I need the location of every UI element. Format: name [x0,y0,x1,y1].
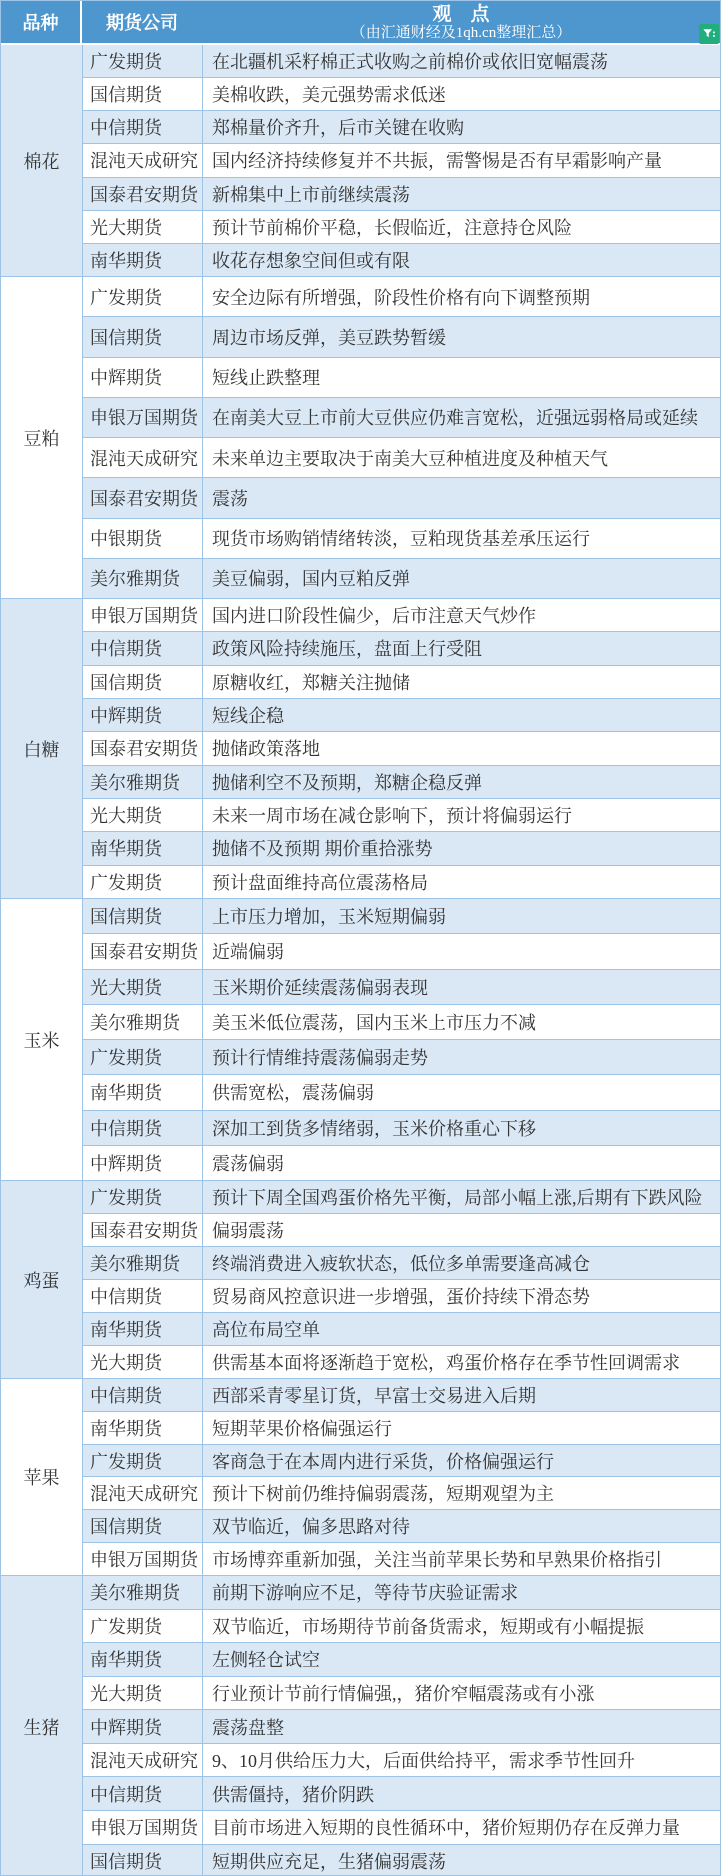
section-rows: 中信期货西部采青零星订货，早富士交易进入后期南华期货短期苹果价格偏强运行广发期货… [83,1379,720,1575]
table-row: 南华期货短期苹果价格偏强运行 [83,1412,720,1445]
table-row: 光大期货未来一周市场在减仓影响下，预计将偏弱运行 [83,799,720,832]
table-row: 光大期货预计节前棉价平稳，长假临近，注意持仓风险 [83,211,720,244]
company-cell: 国泰君安期货 [83,934,203,968]
view-cell: 抛储利空不及预期，郑糖企稳反弹 [203,766,720,798]
table-row: 申银万国期货在南美大豆上市前大豆供应仍难言宽松，近强远弱格局或延续 [83,398,720,438]
variety-cell: 生猪 [1,1576,83,1876]
header-company-label: 期货公司 [106,9,178,35]
table-row: 美尔雅期货终端消费进入疲软状态，低位多单需要逢高减仓 [83,1247,720,1280]
view-cell: 贸易商风控意识进一步增强，蛋价持续下滑态势 [203,1280,720,1312]
table-row: 广发期货预计下周全国鸡蛋价格先平衡，局部小幅上涨,后期有下跌风险 [83,1181,720,1214]
commodity-section: 苹果中信期货西部采青零星订货，早富士交易进入后期南华期货短期苹果价格偏强运行广发… [1,1379,720,1576]
view-cell: 短期供应充足，生猪偏弱震荡 [203,1845,720,1876]
header-view-label: 观 点 [432,4,489,25]
company-cell: 美尔雅期货 [83,1247,203,1279]
variety-cell: 玉米 [1,899,83,1180]
company-cell: 广发期货 [83,1610,203,1643]
view-cell: 上市压力增加，玉米短期偏弱 [203,899,720,933]
section-rows: 广发期货预计下周全国鸡蛋价格先平衡，局部小幅上涨,后期有下跌风险国泰君安期货偏弱… [83,1181,720,1378]
view-cell: 高位布局空单 [203,1313,720,1345]
company-cell: 美尔雅期货 [83,1576,203,1609]
view-cell: 供需基本面将逐渐趋于宽松，鸡蛋价格存在季节性回调需求 [203,1346,720,1378]
view-cell: 偏弱震荡 [203,1214,720,1246]
view-cell: 目前市场进入短期的良性循环中，猪价短期仍存在反弹力量 [203,1811,720,1844]
company-cell: 国泰君安期货 [83,1214,203,1246]
company-cell: 中辉期货 [83,699,203,731]
company-cell: 申银万国期货 [83,398,203,437]
company-cell: 南华期货 [83,244,203,276]
view-cell: 预计盘面维持高位震荡格局 [203,866,720,898]
commodity-section: 生猪美尔雅期货前期下游响应不足，等待节庆验证需求广发期货双节临近，市场期待节前备… [1,1576,720,1876]
commodity-section: 棉花广发期货在北疆机采籽棉正式收购之前棉价或依旧宽幅震荡国信期货美棉收跌，美元强… [1,45,720,277]
table-row: 光大期货行业预计节前行情偏强,，猪价窄幅震荡或有小涨 [83,1677,720,1711]
table-row: 国信期货双节临近，偏多思路对待 [83,1510,720,1543]
commodity-section: 豆粕广发期货安全边际有所增强，阶段性价格有向下调整预期国信期货周边市场反弹，美豆… [1,277,720,599]
table-row: 中信期货贸易商风控意识进一步增强，蛋价持续下滑态势 [83,1280,720,1313]
company-cell: 中辉期货 [83,1710,203,1743]
table-row: 中辉期货短线止跌整理 [83,358,720,398]
view-cell: 震荡 [203,478,720,517]
table-row: 混沌天成研究预计下树前仍维持偏弱震荡，短期观望为主 [83,1477,720,1510]
view-cell: 抛储不及预期 期价重拾涨势 [203,832,720,864]
view-cell: 新棉集中上市前继续震荡 [203,178,720,210]
view-cell: 双节临近，市场期待节前备货需求，短期或有小幅提振 [203,1610,720,1643]
table-row: 国信期货上市压力增加，玉米短期偏弱 [83,899,720,934]
view-cell: 收花存想象空间但或有限 [203,244,720,276]
company-cell: 国信期货 [83,1845,203,1876]
company-cell: 广发期货 [83,1181,203,1213]
view-cell: 行业预计节前行情偏强,，猪价窄幅震荡或有小涨 [203,1677,720,1710]
table-row: 国信期货短期供应充足，生猪偏弱震荡 [83,1845,720,1876]
header-variety: 品种 [1,1,82,43]
company-cell: 中辉期货 [83,1146,203,1180]
view-cell: 抛储政策落地 [203,732,720,764]
table-row: 光大期货玉米期价延续震荡偏弱表现 [83,970,720,1005]
table-row: 美尔雅期货美豆偏弱，国内豆粕反弹 [83,559,720,598]
view-cell: 短线企稳 [203,699,720,731]
company-cell: 申银万国期货 [83,1811,203,1844]
table-row: 广发期货预计行情维持震荡偏弱走势 [83,1040,720,1075]
view-cell: 短期苹果价格偏强运行 [203,1412,720,1444]
view-cell: 供需僵持，猪价阴跌 [203,1777,720,1810]
table-row: 国信期货美棉收跌，美元强势需求低迷 [83,78,720,111]
company-cell: 光大期货 [83,211,203,243]
variety-cell: 豆粕 [1,277,83,598]
company-cell: 光大期货 [83,799,203,831]
view-cell: 政策风险持续施压，盘面上行受阻 [203,632,720,664]
view-cell: 美豆偏弱，国内豆粕反弹 [203,559,720,598]
view-cell: 客商急于在本周内进行采货，价格偏强运行 [203,1445,720,1477]
table-row: 国泰君安期货新棉集中上市前继续震荡 [83,178,720,211]
commodity-section: 白糖申银万国期货国内进口阶段性偏少，后市注意天气炒作中信期货政策风险持续施压，盘… [1,599,720,899]
table-row: 广发期货预计盘面维持高位震荡格局 [83,866,720,898]
table-row: 申银万国期货市场博弈重新加强，关注当前苹果长势和早熟果价格指引 [83,1543,720,1575]
view-cell: 前期下游响应不足，等待节庆验证需求 [203,1576,720,1609]
table-row: 光大期货供需基本面将逐渐趋于宽松，鸡蛋价格存在季节性回调需求 [83,1346,720,1378]
table-row: 南华期货收花存想象空间但或有限 [83,244,720,276]
table-row: 南华期货抛储不及预期 期价重拾涨势 [83,832,720,865]
company-cell: 美尔雅期货 [83,766,203,798]
variety-cell: 棉花 [1,45,83,276]
company-cell: 中信期货 [83,111,203,143]
view-cell: 美玉米低位震荡，国内玉米上市压力不减 [203,1005,720,1039]
table-row: 国泰君安期货偏弱震荡 [83,1214,720,1247]
header-variety-label: 品种 [23,9,59,35]
table-body: 棉花广发期货在北疆机采籽棉正式收购之前棉价或依旧宽幅震荡国信期货美棉收跌，美元强… [1,45,720,1876]
company-cell: 美尔雅期货 [83,559,203,598]
view-cell: 周边市场反弹，美豆跌势暂缓 [203,317,720,356]
company-cell: 混沌天成研究 [83,1477,203,1509]
view-cell: 安全边际有所增强，阶段性价格有向下调整预期 [203,277,720,316]
section-rows: 广发期货在北疆机采籽棉正式收购之前棉价或依旧宽幅震荡国信期货美棉收跌，美元强势需… [83,45,720,276]
table-row: 美尔雅期货前期下游响应不足，等待节庆验证需求 [83,1576,720,1610]
table-row: 中信期货郑棉量价齐升，后市关键在收购 [83,111,720,144]
table-row: 申银万国期货目前市场进入短期的良性循环中，猪价短期仍存在反弹力量 [83,1811,720,1845]
view-cell: 预计行情维持震荡偏弱走势 [203,1040,720,1074]
view-cell: 市场博弈重新加强，关注当前苹果长势和早熟果价格指引 [203,1543,720,1575]
company-cell: 混沌天成研究 [83,144,203,176]
table-row: 中辉期货短线企稳 [83,699,720,732]
company-cell: 混沌天成研究 [83,1744,203,1777]
view-cell: 终端消费进入疲软状态，低位多单需要逢高减仓 [203,1247,720,1279]
section-rows: 美尔雅期货前期下游响应不足，等待节庆验证需求广发期货双节临近，市场期待节前备货需… [83,1576,720,1876]
company-cell: 光大期货 [83,970,203,1004]
view-cell: 预计下树前仍维持偏弱震荡，短期观望为主 [203,1477,720,1509]
view-cell: 震荡盘整 [203,1710,720,1743]
view-cell: 美棉收跌，美元强势需求低迷 [203,78,720,110]
company-cell: 中信期货 [83,632,203,664]
table-row: 国信期货周边市场反弹，美豆跌势暂缓 [83,317,720,357]
table-row: 美尔雅期货美玉米低位震荡，国内玉米上市压力不减 [83,1005,720,1040]
table-row: 中银期货现货市场购销情绪转淡，豆粕现货基差承压运行 [83,519,720,559]
header-company: 期货公司 [82,1,202,43]
view-cell: 在北疆机采籽棉正式收购之前棉价或依旧宽幅震荡 [203,45,720,77]
table-row: 广发期货客商急于在本周内进行采货，价格偏强运行 [83,1445,720,1478]
view-cell: 郑棉量价齐升，后市关键在收购 [203,111,720,143]
company-cell: 南华期货 [83,1643,203,1676]
table-row: 美尔雅期货抛储利空不及预期，郑糖企稳反弹 [83,766,720,799]
table-row: 国泰君安期货震荡 [83,478,720,518]
section-rows: 申银万国期货国内进口阶段性偏少，后市注意天气炒作中信期货政策风险持续施压，盘面上… [83,599,720,898]
view-cell: 原糖收红，郑糖关注抛储 [203,666,720,698]
company-cell: 国泰君安期货 [83,732,203,764]
company-cell: 中信期货 [83,1379,203,1411]
company-cell: 中辉期货 [83,358,203,397]
company-cell: 申银万国期货 [83,599,203,631]
company-cell: 混沌天成研究 [83,438,203,477]
table-row: 南华期货供需宽松，震荡偏弱 [83,1075,720,1110]
company-cell: 国信期货 [83,1510,203,1542]
header-view-subtitle: （由汇通财经及1qh.cn整理汇总） [351,25,571,42]
table-header: 品种 期货公司 观 点 （由汇通财经及1qh.cn整理汇总） [1,1,720,45]
company-cell: 中信期货 [83,1111,203,1145]
section-rows: 广发期货安全边际有所增强，阶段性价格有向下调整预期国信期货周边市场反弹，美豆跌势… [83,277,720,598]
view-cell: 西部采青零星订货，早富士交易进入后期 [203,1379,720,1411]
header-view: 观 点 （由汇通财经及1qh.cn整理汇总） [202,1,720,43]
company-cell: 广发期货 [83,277,203,316]
commodity-section: 玉米国信期货上市压力增加，玉米短期偏弱国泰君安期货近端偏弱光大期货玉米期价延续震… [1,899,720,1181]
view-cell: 双节临近，偏多思路对待 [203,1510,720,1542]
company-cell: 光大期货 [83,1346,203,1378]
company-cell: 中信期货 [83,1280,203,1312]
table-row: 中信期货供需僵持，猪价阴跌 [83,1777,720,1811]
view-cell: 震荡偏弱 [203,1146,720,1180]
view-cell: 预计下周全国鸡蛋价格先平衡，局部小幅上涨,后期有下跌风险 [203,1181,720,1213]
table-row: 南华期货高位布局空单 [83,1313,720,1346]
futures-opinions-table: 品种 期货公司 观 点 （由汇通财经及1qh.cn整理汇总） 棉花广发期货在北疆… [0,0,721,1876]
company-cell: 广发期货 [83,866,203,898]
table-row: 广发期货安全边际有所增强，阶段性价格有向下调整预期 [83,277,720,317]
table-row: 中信期货政策风险持续施压，盘面上行受阻 [83,632,720,665]
table-row: 广发期货在北疆机采籽棉正式收购之前棉价或依旧宽幅震荡 [83,45,720,78]
view-cell: 国内经济持续修复并不共振，需警惕是否有早霜影响产量 [203,144,720,176]
company-cell: 广发期货 [83,45,203,77]
table-row: 申银万国期货国内进口阶段性偏少，后市注意天气炒作 [83,599,720,632]
view-cell: 未来单边主要取决于南美大豆种植进度及种植天气 [203,438,720,477]
table-row: 混沌天成研究国内经济持续修复并不共振，需警惕是否有早霜影响产量 [83,144,720,177]
company-cell: 国信期货 [83,899,203,933]
table-row: 国泰君安期货抛储政策落地 [83,732,720,765]
section-rows: 国信期货上市压力增加，玉米短期偏弱国泰君安期货近端偏弱光大期货玉米期价延续震荡偏… [83,899,720,1180]
view-cell: 国内进口阶段性偏少，后市注意天气炒作 [203,599,720,631]
variety-cell: 白糖 [1,599,83,898]
table-row: 中辉期货震荡偏弱 [83,1146,720,1180]
view-cell: 短线止跌整理 [203,358,720,397]
variety-cell: 鸡蛋 [1,1181,83,1378]
variety-cell: 苹果 [1,1379,83,1575]
company-cell: 国信期货 [83,317,203,356]
company-cell: 南华期货 [83,832,203,864]
table-row: 混沌天成研究未来单边主要取决于南美大豆种植进度及种植天气 [83,438,720,478]
view-cell: 预计节前棉价平稳，长假临近，注意持仓风险 [203,211,720,243]
table-row: 混沌天成研究9、10月供给压力大，后面供给持平，需求季节性回升 [83,1744,720,1778]
company-cell: 中银期货 [83,519,203,558]
company-cell: 广发期货 [83,1040,203,1074]
company-cell: 国信期货 [83,78,203,110]
view-cell: 玉米期价延续震荡偏弱表现 [203,970,720,1004]
company-cell: 南华期货 [83,1313,203,1345]
table-row: 国信期货原糖收红，郑糖关注抛储 [83,666,720,699]
table-row: 中信期货深加工到货多情绪弱，玉米价格重心下移 [83,1111,720,1146]
table-row: 中信期货西部采青零星订货，早富士交易进入后期 [83,1379,720,1412]
table-row: 广发期货双节临近，市场期待节前备货需求，短期或有小幅提振 [83,1610,720,1644]
view-cell: 未来一周市场在减仓影响下，预计将偏弱运行 [203,799,720,831]
filter-funnel-icon[interactable] [699,24,719,44]
view-cell: 现货市场购销情绪转淡，豆粕现货基差承压运行 [203,519,720,558]
company-cell: 光大期货 [83,1677,203,1710]
company-cell: 申银万国期货 [83,1543,203,1575]
view-cell: 9、10月供给压力大，后面供给持平，需求季节性回升 [203,1744,720,1777]
view-cell: 左侧轻仓试空 [203,1643,720,1676]
company-cell: 国泰君安期货 [83,178,203,210]
company-cell: 国泰君安期货 [83,478,203,517]
view-cell: 供需宽松，震荡偏弱 [203,1075,720,1109]
company-cell: 南华期货 [83,1412,203,1444]
commodity-section: 鸡蛋广发期货预计下周全国鸡蛋价格先平衡，局部小幅上涨,后期有下跌风险国泰君安期货… [1,1181,720,1379]
view-cell: 深加工到货多情绪弱，玉米价格重心下移 [203,1111,720,1145]
table-row: 南华期货左侧轻仓试空 [83,1643,720,1677]
company-cell: 国信期货 [83,666,203,698]
view-cell: 在南美大豆上市前大豆供应仍难言宽松，近强远弱格局或延续 [203,398,720,437]
company-cell: 南华期货 [83,1075,203,1109]
table-row: 国泰君安期货近端偏弱 [83,934,720,969]
company-cell: 广发期货 [83,1445,203,1477]
company-cell: 中信期货 [83,1777,203,1810]
table-row: 中辉期货震荡盘整 [83,1710,720,1744]
company-cell: 美尔雅期货 [83,1005,203,1039]
view-cell: 近端偏弱 [203,934,720,968]
